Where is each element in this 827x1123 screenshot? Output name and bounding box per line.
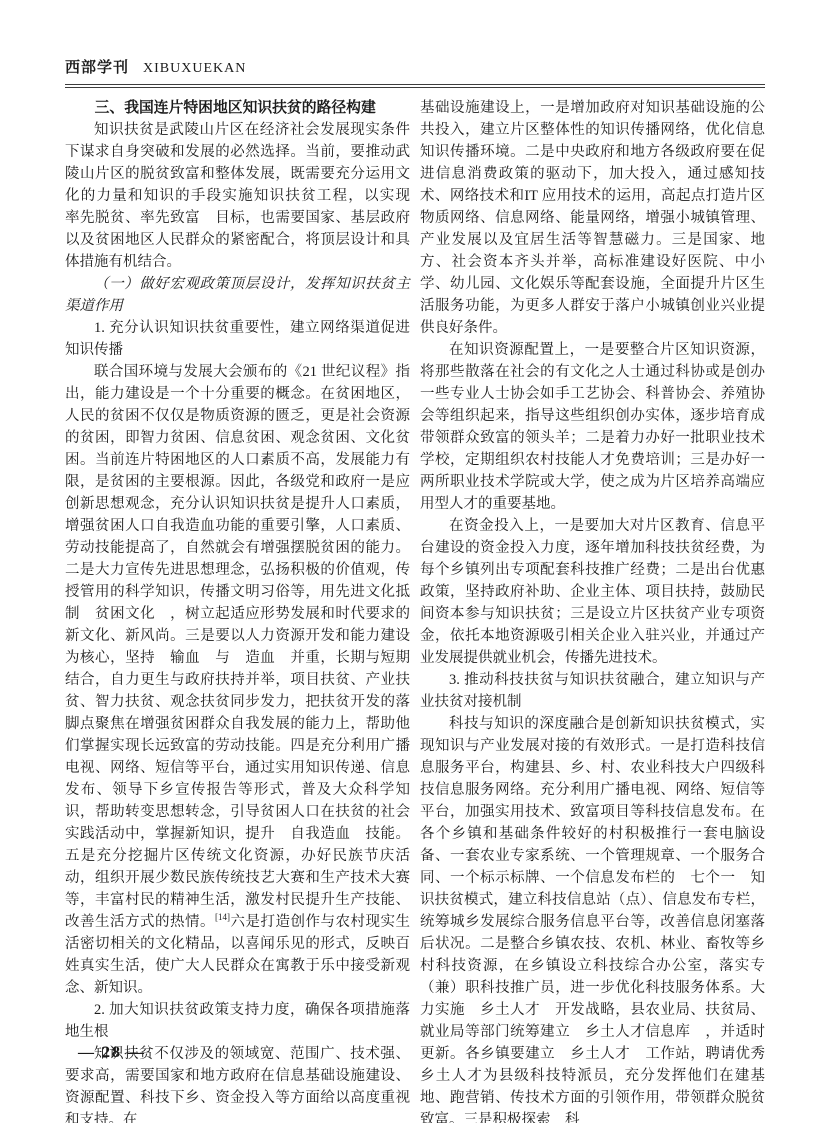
numbered-item-heading: 2. 加大知识扶贫政策支持力度，确保各项措施落地生根 xyxy=(65,999,410,1043)
numbered-item-heading: 3. 推动科技扶贫与知识扶贫融合，建立知识与产业扶贫对接机制 xyxy=(420,669,765,713)
paragraph: 科技与知识的深度融合是创新知识扶贫模式，实现知识与产业发展对接的有效形式。一是打… xyxy=(420,713,765,1123)
paragraph: 在资金投入上，一是要加大对片区教育、信息平台建设的资金投入力度，逐年增加科技扶贫… xyxy=(420,515,765,669)
journal-title-cn: 西部学刊 xyxy=(65,56,129,77)
paragraph: 联合国环境与发展大会颁布的《21 世纪议程》指出，能力建设是一个十分重要的概念。… xyxy=(65,361,410,999)
subsection-heading: （一）做好宏观政策顶层设计，发挥知识扶贫主渠道作用 xyxy=(65,273,410,317)
footnote-ref: [14] xyxy=(215,912,230,922)
paragraph-continuation: 基础设施建设上，一是增加政府对知识基础设施的公共投入，建立片区整体性的知识传播网… xyxy=(420,97,765,339)
page-number: — 28 — xyxy=(78,1044,146,1062)
numbered-item-heading: 1. 充分认识知识扶贫重要性，建立网络渠道促进知识传播 xyxy=(65,317,410,361)
journal-title-en: XIBUXUEKAN xyxy=(143,61,246,77)
right-column: 基础设施建设上，一是增加政府对知识基础设施的公共投入，建立片区整体性的知识传播网… xyxy=(420,97,765,1123)
section-heading: 三、我国连片特困地区知识扶贫的路径构建 xyxy=(65,97,410,119)
paragraph: 知识扶贫是武陵山片区在经济社会发展现实条件下谋求自身突破和发展的必然选择。当前，… xyxy=(65,119,410,273)
paragraph-text: 联合国环境与发展大会颁布的《21 世纪议程》指出，能力建设是一个十分重要的概念。… xyxy=(65,364,410,930)
journal-header: 西部学刊 XIBUXUEKAN xyxy=(65,56,765,88)
text-columns: 三、我国连片特困地区知识扶贫的路径构建 知识扶贫是武陵山片区在经济社会发展现实条… xyxy=(65,97,765,1123)
left-column: 三、我国连片特困地区知识扶贫的路径构建 知识扶贫是武陵山片区在经济社会发展现实条… xyxy=(65,97,410,1123)
paragraph: 在知识资源配置上，一是要整合片区知识资源，将那些散落在社会的有文化之人士通过科协… xyxy=(420,339,765,515)
journal-page: 西部学刊 XIBUXUEKAN 三、我国连片特困地区知识扶贫的路径构建 知识扶贫… xyxy=(0,0,827,1123)
